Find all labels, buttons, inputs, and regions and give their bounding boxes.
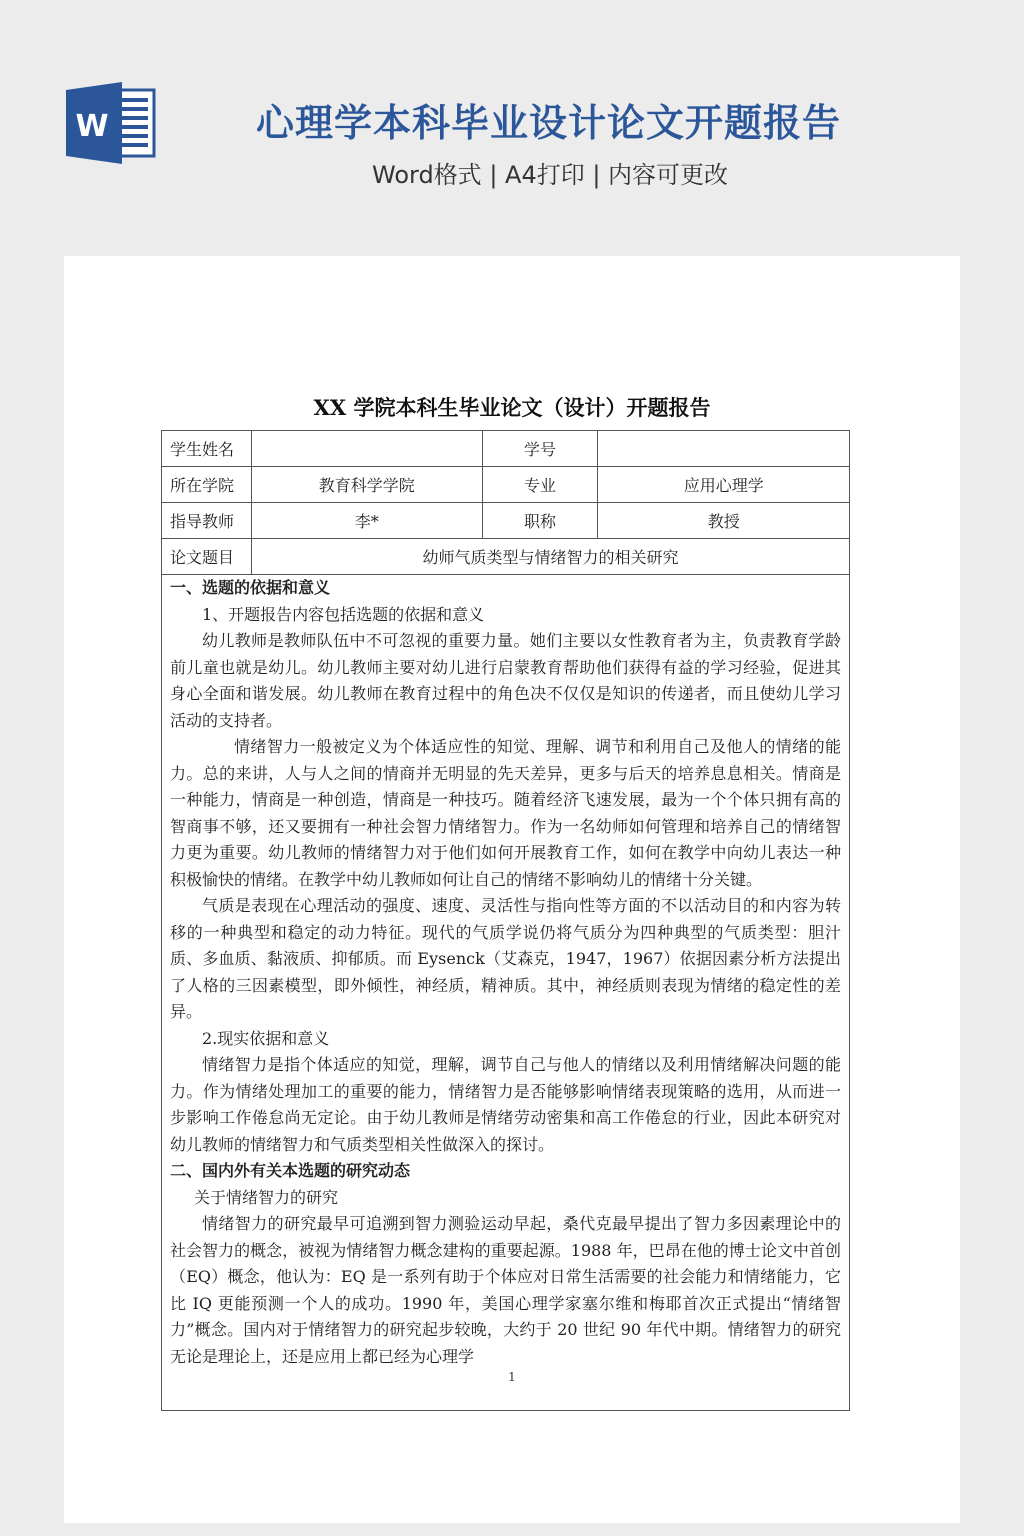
major-value: 应用心理学 bbox=[598, 467, 850, 503]
college-label: 所在学院 bbox=[162, 467, 252, 503]
paragraph: 气质是表现在心理活动的强度、速度、灵活性与指向性等方面的不以活动目的和内容为转移… bbox=[170, 893, 841, 1026]
student-name-label: 学生姓名 bbox=[162, 431, 252, 467]
advisor-title-value: 教授 bbox=[598, 503, 850, 539]
table-row: 所在学院 教育科学学院 专业 应用心理学 bbox=[162, 467, 850, 503]
header-banner: W 心理学本科毕业设计论文开题报告 Word格式 | A4打印 | 内容可更改 bbox=[0, 0, 1024, 256]
document-page: XX 学院本科生毕业论文（设计）开题报告 学生姓名 学号 所在学院 教育科学学院… bbox=[64, 256, 960, 1523]
banner-subtitle: Word格式 | A4打印 | 内容可更改 bbox=[372, 155, 728, 190]
info-table: 学生姓名 学号 所在学院 教育科学学院 专业 应用心理学 指导教师 李* 职称 … bbox=[161, 430, 850, 575]
table-row: 论文题目 幼师气质类型与情绪智力的相关研究 bbox=[162, 539, 850, 575]
student-id-value bbox=[598, 431, 850, 467]
student-id-label: 学号 bbox=[482, 431, 598, 467]
advisor-label: 指导教师 bbox=[162, 503, 252, 539]
advisor-value: 李* bbox=[251, 503, 482, 539]
paragraph: 情绪智力是指个体适应的知觉，理解，调节自己与他人的情绪以及利用情绪解决问题的能力… bbox=[170, 1052, 841, 1158]
student-name-value bbox=[251, 431, 482, 467]
subsection-heading: 关于情绪智力的研究 bbox=[170, 1185, 841, 1212]
advisor-title-label: 职称 bbox=[482, 503, 598, 539]
word-document-icon: W bbox=[66, 82, 156, 164]
thesis-title-value: 幼师气质类型与情绪智力的相关研究 bbox=[251, 539, 849, 575]
thesis-title-label: 论文题目 bbox=[162, 539, 252, 575]
document-title: XX 学院本科生毕业论文（设计）开题报告 bbox=[64, 392, 960, 422]
paragraph: 幼儿教师是教师队伍中不可忽视的重要力量。她们主要以女性教育者为主，负责教育学龄前… bbox=[170, 628, 841, 734]
report-body: 一、选题的依据和意义 1、开题报告内容包括选题的依据和意义 幼儿教师是教师队伍中… bbox=[161, 573, 850, 1411]
paragraph: 情绪智力一般被定义为个体适应性的知觉、理解、调节和利用自己及他人的情绪的能力。总… bbox=[170, 734, 841, 893]
section-heading: 二、国内外有关本选题的研究动态 bbox=[170, 1158, 841, 1185]
section-heading: 一、选题的依据和意义 bbox=[170, 575, 841, 602]
subsection-heading: 2.现实依据和意义 bbox=[170, 1026, 841, 1053]
college-value: 教育科学学院 bbox=[251, 467, 482, 503]
table-row: 指导教师 李* 职称 教授 bbox=[162, 503, 850, 539]
major-label: 专业 bbox=[482, 467, 598, 503]
svg-text:W: W bbox=[75, 109, 108, 144]
subsection-heading: 1、开题报告内容包括选题的依据和意义 bbox=[170, 602, 841, 629]
page-number: 1 bbox=[64, 1370, 960, 1384]
paragraph: 情绪智力的研究最早可追溯到智力测验运动早起，桑代克最早提出了智力多因素理论中的社… bbox=[170, 1211, 841, 1370]
table-row: 学生姓名 学号 bbox=[162, 431, 850, 467]
banner-title: 心理学本科毕业设计论文开题报告 bbox=[256, 92, 866, 147]
